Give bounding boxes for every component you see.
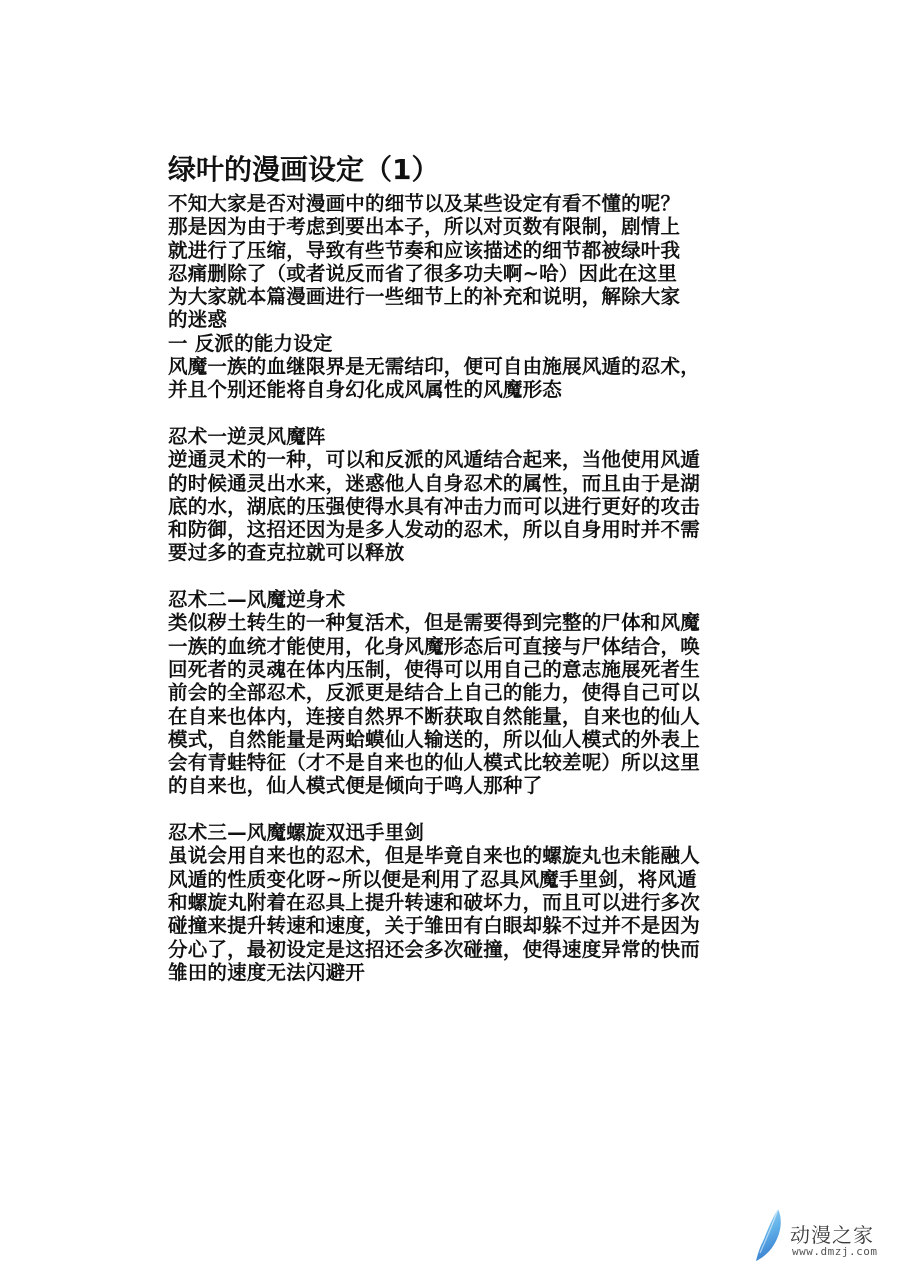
- section-villain-abilities: 一 反派的能力设定 风魔一族的血继限界是无需结印，便可自由施展风遁的忍术， 并且…: [168, 332, 748, 402]
- section-heading: 忍术三—风魔螺旋双迅手里剑: [168, 821, 748, 844]
- text-line: 回死者的灵魂在体内压制，使得可以用自己的意志施展死者生: [168, 658, 748, 681]
- text-line: 模式，自然能量是两蛤蟆仙人输送的，所以仙人模式的外表上: [168, 728, 748, 751]
- blank-line: [168, 402, 748, 425]
- text-line: 的迷惑: [168, 308, 748, 331]
- text-line: 不知大家是否对漫画中的细节以及某些设定有看不懂的呢？: [168, 192, 748, 215]
- watermark-name: 动漫之家: [790, 1219, 874, 1248]
- text-line: 忍痛删除了（或者说反而省了很多功夫啊~哈）因此在这里: [168, 262, 748, 285]
- text-line: 要过多的查克拉就可以释放: [168, 541, 748, 564]
- text-line: 风遁的性质变化呀~所以便是利用了忍具风魔手里剑，将风遁: [168, 868, 748, 891]
- text-line: 的自来也，仙人模式便是倾向于鸣人那种了: [168, 774, 748, 797]
- leaf-logo-icon: [752, 1207, 786, 1265]
- page-title: 绿叶的漫画设定（1）: [168, 150, 748, 190]
- document-page: 绿叶的漫画设定（1） 不知大家是否对漫画中的细节以及某些设定有看不懂的呢？ 那是…: [168, 150, 748, 984]
- text-line: 分心了，最初设定是这招还会多次碰撞，使得速度异常的快而: [168, 938, 748, 961]
- watermark-url: www.dmzj.com: [792, 1245, 877, 1258]
- text-line: 就进行了压缩，导致有些节奏和应该描述的细节都被绿叶我: [168, 239, 748, 262]
- text-line: 那是因为由于考虑到要出本子，所以对页数有限制，剧情上: [168, 215, 748, 238]
- section-heading: 忍术一逆灵风魔阵: [168, 425, 748, 448]
- text-line: 底的水，湖底的压强使得水具有冲击力而可以进行更好的攻击: [168, 495, 748, 518]
- section-jutsu-1: 忍术一逆灵风魔阵 逆通灵术的一种，可以和反派的风遁结合起来，当他使用风遁 的时候…: [168, 425, 748, 565]
- section-jutsu-3: 忍术三—风魔螺旋双迅手里剑 虽说会用自来也的忍术，但是毕竟自来也的螺旋丸也未能融…: [168, 821, 748, 984]
- text-line: 为大家就本篇漫画进行一些细节上的补充和说明，解除大家: [168, 285, 748, 308]
- text-line: 一族的血统才能使用，化身风魔形态后可直接与尸体结合，唤: [168, 635, 748, 658]
- text-line: 碰撞来提升转速和速度，关于雏田有白眼却躲不过并不是因为: [168, 914, 748, 937]
- text-line: 的时候通灵出水来，迷惑他人自身忍术的属性，而且由于是湖: [168, 472, 748, 495]
- text-line: 和防御，这招还因为是多人发动的忍术，所以自身用时并不需: [168, 518, 748, 541]
- dmzj-watermark: 动漫之家 www.dmzj.com: [752, 1207, 892, 1265]
- text-line: 虽说会用自来也的忍术，但是毕竟自来也的螺旋丸也未能融人: [168, 844, 748, 867]
- text-line: 逆通灵术的一种，可以和反派的风遁结合起来，当他使用风遁: [168, 448, 748, 471]
- text-line: 风魔一族的血继限界是无需结印，便可自由施展风遁的忍术，: [168, 355, 748, 378]
- text-line: 在自来也体内，连接自然界不断获取自然能量，自来也的仙人: [168, 705, 748, 728]
- blank-line: [168, 565, 748, 588]
- intro-paragraph: 不知大家是否对漫画中的细节以及某些设定有看不懂的呢？ 那是因为由于考虑到要出本子…: [168, 192, 748, 332]
- text-line: 和螺旋丸附着在忍具上提升转速和破坏力，而且可以进行多次: [168, 891, 748, 914]
- text-line: 前会的全部忍术，反派更是结合上自己的能力，使得自己可以: [168, 681, 748, 704]
- section-heading: 一 反派的能力设定: [168, 332, 748, 355]
- text-line: 类似秽土转生的一种复活术，但是需要得到完整的尸体和风魔: [168, 611, 748, 634]
- text-line: 会有青蛙特征（才不是自来也的仙人模式比较差呢）所以这里: [168, 751, 748, 774]
- section-heading: 忍术二—风魔逆身术: [168, 588, 748, 611]
- blank-line: [168, 798, 748, 821]
- text-line: 并且个别还能将自身幻化成风属性的风魔形态: [168, 378, 748, 401]
- section-jutsu-2: 忍术二—风魔逆身术 类似秽土转生的一种复活术，但是需要得到完整的尸体和风魔 一族…: [168, 588, 748, 798]
- text-line: 雏田的速度无法闪避开: [168, 961, 748, 984]
